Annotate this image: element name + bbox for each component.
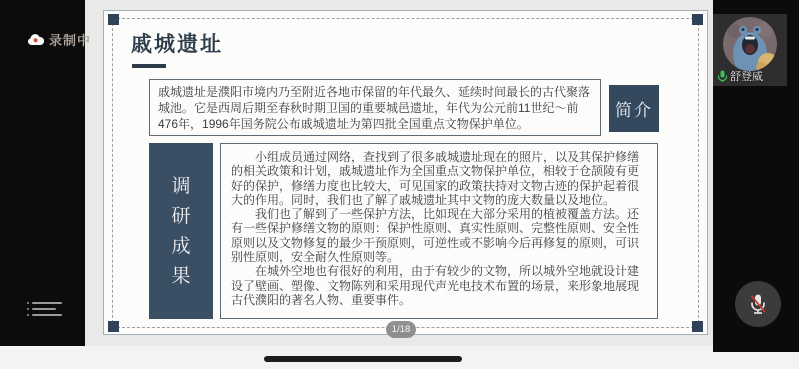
research-label-char: 研	[171, 207, 190, 226]
cloud-recording-icon	[27, 34, 44, 46]
intro-section-label[interactable]: 简介	[609, 85, 659, 132]
research-textbox[interactable]: 小组成员通过网络，查找到了很多戚城遗址现在的照片，以及其保护修缮的相关政策和计划…	[220, 143, 658, 319]
page-number-badge: 1/18	[386, 321, 416, 338]
intro-textbox[interactable]: 戚城遗址是濮阳市境内乃至附近各地市保留的年代最久、延续时间最长的古代聚落城池。它…	[149, 79, 601, 136]
slide-title[interactable]: 戚城遗址	[131, 28, 223, 58]
research-label-char: 成	[171, 237, 190, 256]
meeting-left-panel	[0, 0, 85, 346]
intro-text: 戚城遗址是濮阳市境内乃至附近各地市保留的年代最久、延续时间最长的古代聚落城池。它…	[158, 84, 592, 132]
mic-on-icon	[717, 70, 728, 83]
mute-button[interactable]	[735, 281, 781, 327]
selection-handle[interactable]	[108, 321, 119, 332]
avatar	[723, 17, 777, 71]
bullet-list-icon[interactable]	[27, 302, 62, 316]
meeting-window: 录制中 戚城遗址 戚城遗址是濮阳市境内乃至附近各地市保留的年代最久、延续时间最长…	[0, 0, 799, 369]
research-section-label[interactable]: 调 研 成 果	[149, 143, 213, 319]
title-underline	[132, 64, 166, 68]
selection-handle[interactable]	[692, 14, 703, 25]
mic-muted-icon	[747, 292, 769, 316]
slide-canvas[interactable]: 戚城遗址 戚城遗址是濮阳市境内乃至附近各地市保留的年代最久、延续时间最长的古代聚…	[103, 10, 708, 335]
recording-indicator[interactable]: 录制中	[27, 30, 91, 49]
participant-tile[interactable]: 舒登威	[713, 14, 787, 86]
selection-handle[interactable]	[692, 321, 703, 332]
recording-label: 录制中	[49, 30, 91, 49]
research-paragraph: 小组成员通过网络，查找到了很多戚城遗址现在的照片，以及其保护修缮的相关政策和计划…	[231, 150, 647, 207]
window-drag-bar	[264, 356, 462, 362]
research-paragraph: 我们也了解到了一些保护方法，比如现在大部分采用的植被覆盖方法。还有一些保护修缮文…	[231, 207, 647, 264]
research-label-char: 果	[171, 267, 190, 286]
selection-handle[interactable]	[108, 14, 119, 25]
participant-name: 舒登威	[730, 68, 763, 84]
research-label-char: 调	[171, 177, 190, 196]
research-paragraph: 在城外空地也有很好的利用，由于有较少的文物，所以城外空地就设计建设了壁画、塑像、…	[231, 264, 647, 307]
